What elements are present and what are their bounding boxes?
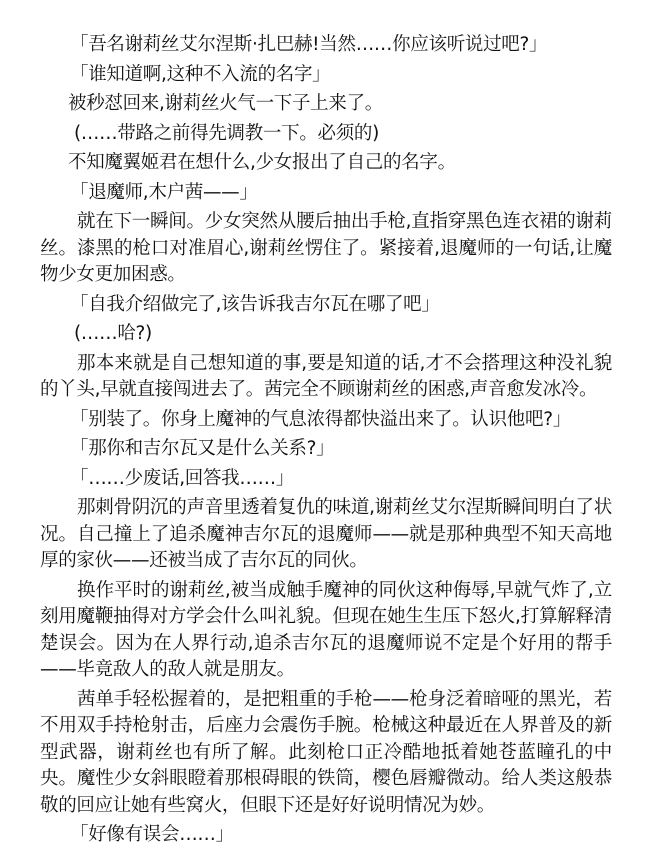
narration-paragraph: 被秒怼回来,谢莉丝火气一下子上来了。 xyxy=(40,91,612,118)
narration-paragraph: 那本来就是自己想知道的事,要是知道的话,才不会搭理这种没礼貌的丫头,早就直接闯进… xyxy=(40,351,612,404)
dialog-line: 「好像有误会……」 xyxy=(40,822,612,849)
dialog-line: 「谁知道啊,这种不入流的名字」 xyxy=(40,62,612,89)
thought-line: (……哈?) xyxy=(40,321,612,348)
narration-paragraph: 茜单手轻松握着的，是把粗重的手枪——枪身泛着暗哑的黑光，若不用双手持枪射击，后座… xyxy=(40,687,612,820)
dialog-line: 「吾名谢莉丝艾尔涅斯·扎巴赫!当然……你应该听说过吧?」 xyxy=(40,32,612,59)
dialog-line: 「自我介绍做完了,该告诉我吉尔瓦在哪了吧」 xyxy=(40,292,612,319)
narration-paragraph: 不知魔翼姬君在想什么,少女报出了自己的名字。 xyxy=(40,150,612,177)
document-page: 「吾名谢莉丝艾尔涅斯·扎巴赫!当然……你应该听说过吧?」 「谁知道啊,这种不入流… xyxy=(40,32,612,850)
narration-paragraph: 那刺骨阴沉的声音里透着复仇的味道,谢莉丝艾尔涅斯瞬间明白了状况。自己撞上了追杀魔… xyxy=(40,495,612,575)
dialog-line: 「那你和吉尔瓦又是什么关系?」 xyxy=(40,436,612,463)
dialog-line: 「……少废话,回答我……」 xyxy=(40,466,612,493)
narration-paragraph: 就在下一瞬间。少女突然从腰后抽出手枪,直指穿黑色连衣裙的谢莉丝。漆黑的枪口对准眉… xyxy=(40,209,612,289)
dialog-line: 「别装了。你身上魔神的气息浓得都快溢出来了。认识他吧?」 xyxy=(40,407,612,434)
dialog-line: 「退魔师,木户茜——」 xyxy=(40,180,612,207)
thought-line: (……带路之前得先调教一下。必须的) xyxy=(40,121,612,148)
narration-paragraph: 换作平时的谢莉丝,被当成触手魔神的同伙这种侮辱,早就气炸了,立刻用魔鞭抽得对方学… xyxy=(40,578,612,684)
